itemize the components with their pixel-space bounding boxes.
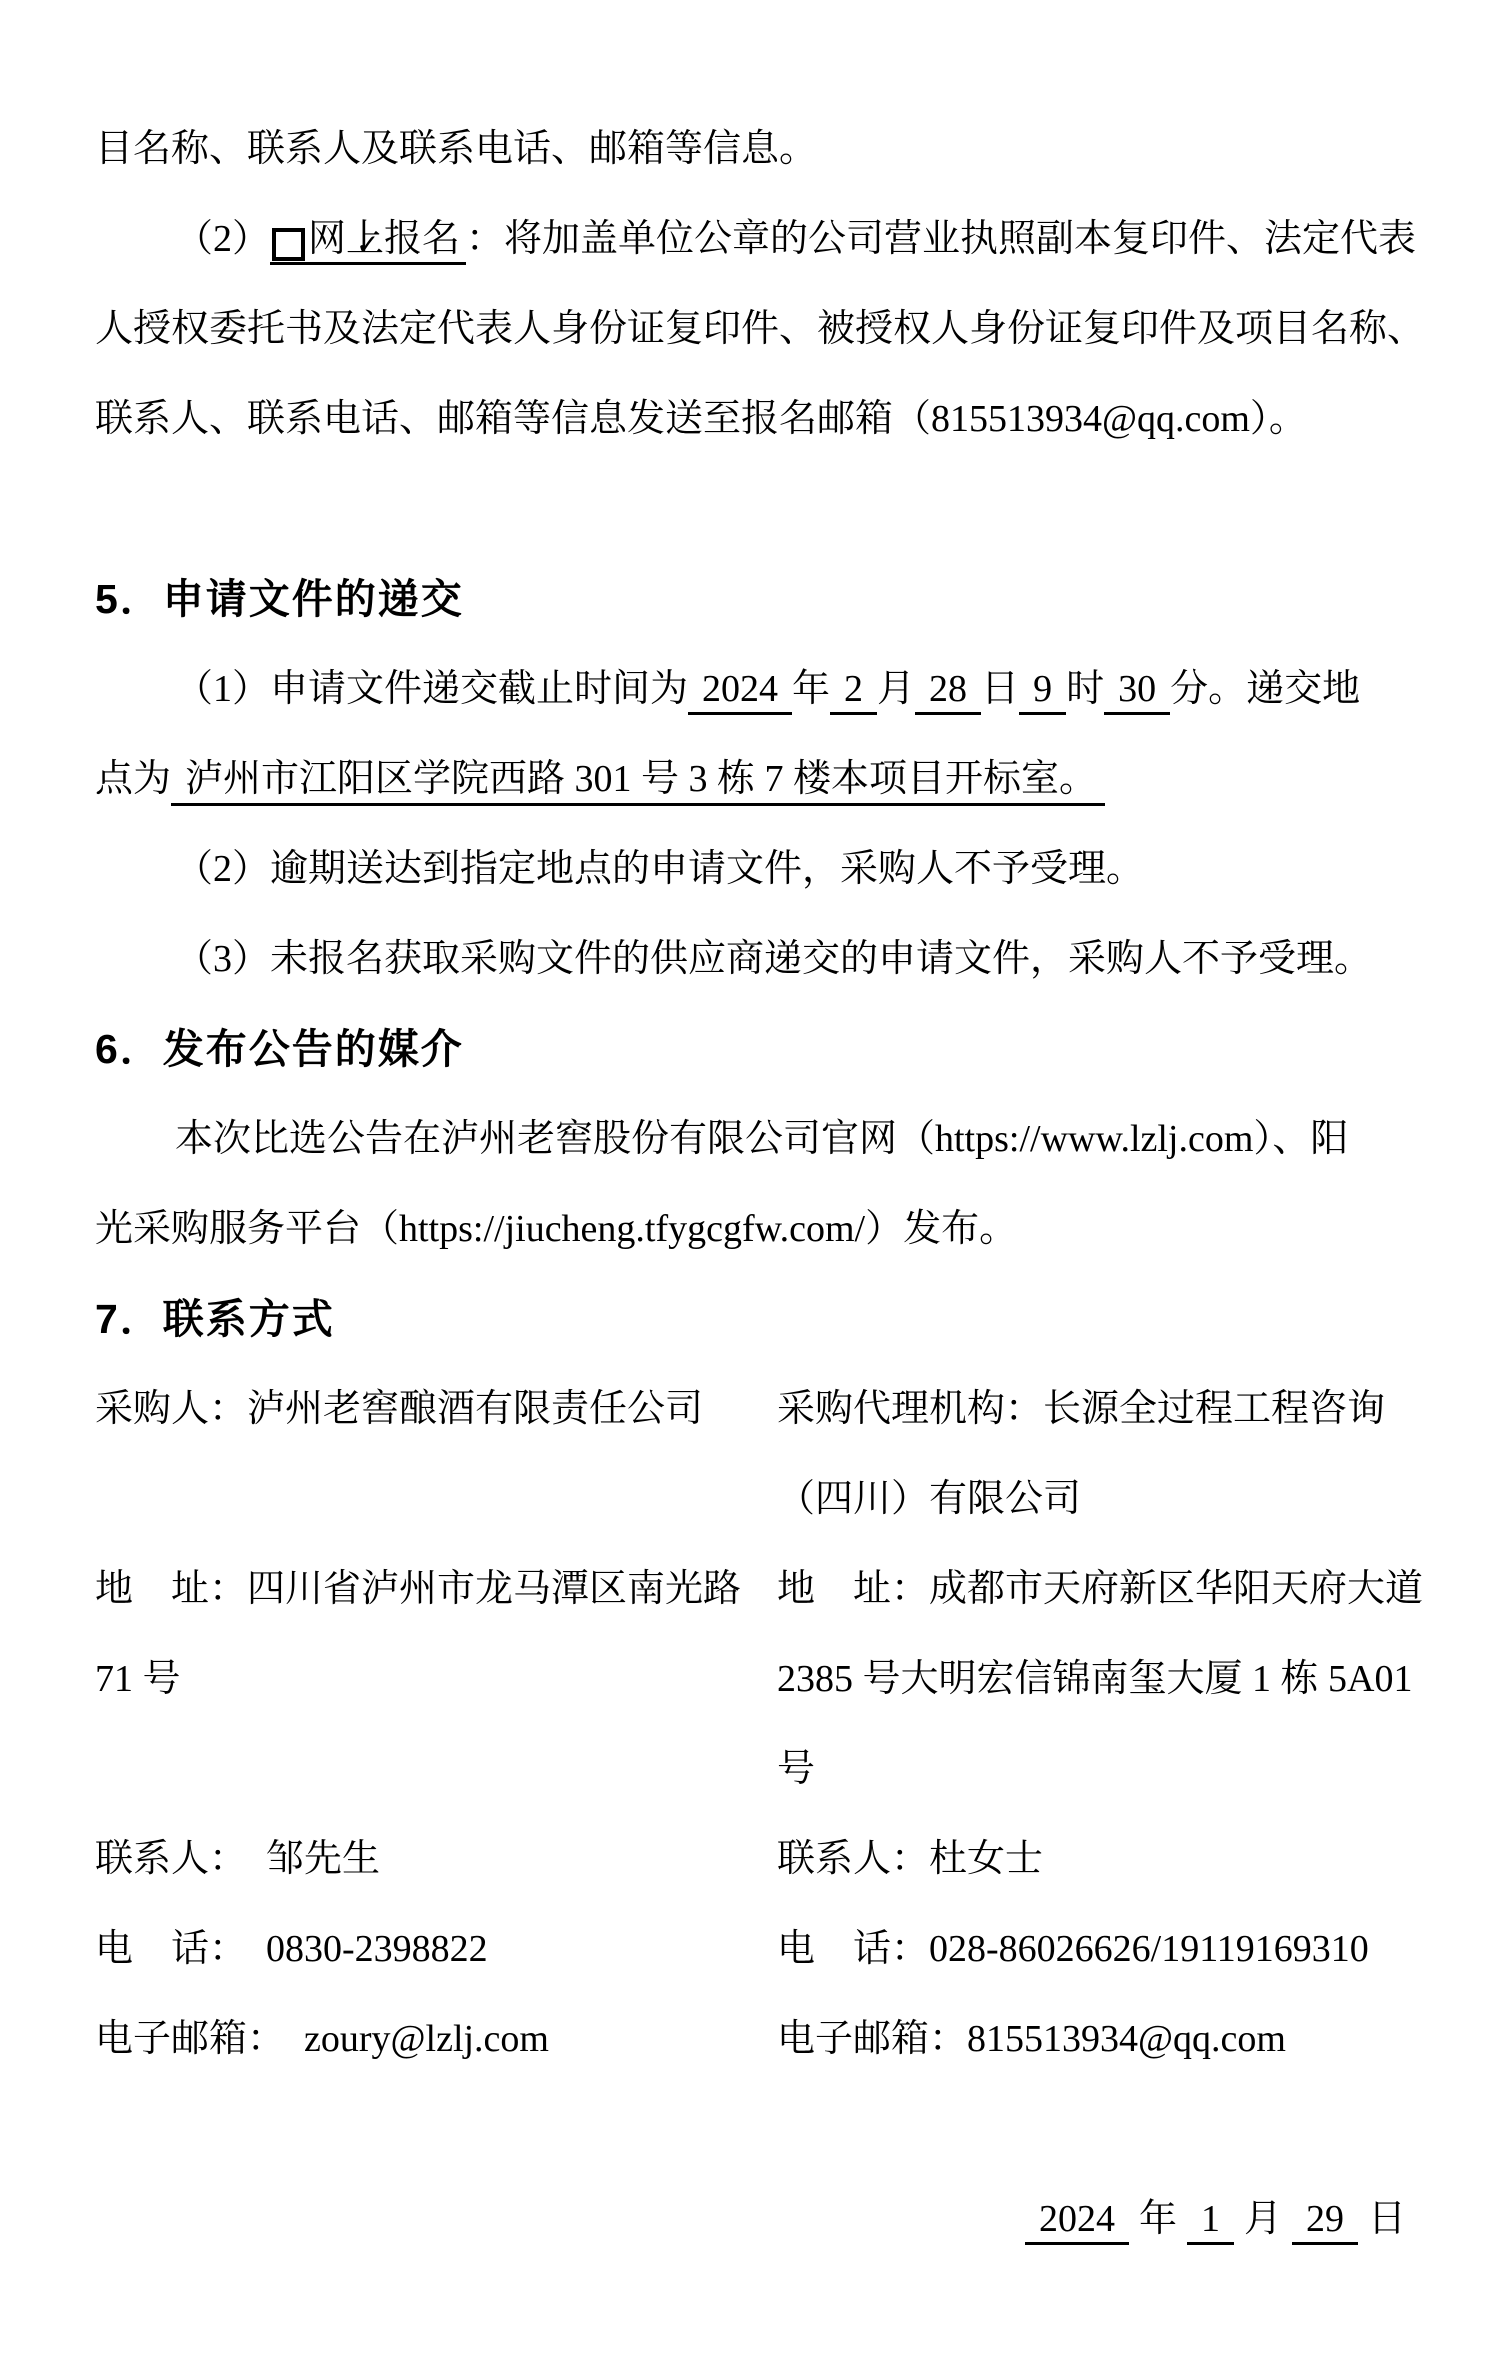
section5-item1-line2: 点为泸州市江阳区学院西路 301 号 3 栋 7 楼本项目开标室。 [95,734,1432,824]
section5-item2: （2）逾期送达到指定地点的申请文件，采购人不予受理。 [95,824,1432,914]
section6-line2: 光采购服务平台（https://jiucheng.tfygcgfw.com/）发… [95,1184,1432,1274]
deadline-hour-unit: 时 [1066,668,1104,710]
agency-contact-person: 联系人：杜女士 [777,1814,1432,1904]
purchaser-contact-person: 联系人： 邹先生 [95,1814,763,1904]
deadline-hour-blank: 9 [1019,668,1066,715]
deadline-prefix: （1）申请文件递交截止时间为 [175,668,688,710]
agency-address-line3: 号 [777,1724,1432,1814]
agency-name-line2: （四川）有限公司 [777,1454,1432,1544]
document-page: 目名称、联系人及联系电话、邮箱等信息。 （2）✓网上报名：将加盖单位公章的公司营… [0,0,1500,2380]
agency-address-line1: 地 址：成都市天府新区华阳天府大道 [777,1544,1432,1634]
deadline-year-unit: 年 [792,668,830,710]
deadline-day-unit: 日 [981,668,1019,710]
footer-date: 2024年1月29日 [95,2174,1432,2264]
footer-date-year-unit: 年 [1139,2198,1177,2240]
deadline-year-blank: 2024 [688,668,792,715]
purchaser-blank-row [95,1724,763,1814]
online-registration-line1-rest: 将加盖单位公章的公司营业执照副本复印件、法定代表 [504,218,1416,260]
footer-date-year-blank: 2024 [1025,2198,1129,2245]
agency-address-line2: 2385 号大明宏信锦南玺大厦 1 栋 5A01 [777,1634,1432,1724]
delivery-place-address-blank: 泸州市江阳区学院西路 301 号 3 栋 7 楼本项目开标室。 [171,758,1105,806]
deadline-month-blank: 2 [830,668,877,715]
deadline-minute-blank: 30 [1104,668,1170,715]
online-registration-underlined-label: ✓网上报名 [270,218,466,265]
purchaser-name: 采购人：泸州老窖酿酒有限责任公司 [95,1364,763,1454]
checked-checkbox-icon: ✓ [272,228,305,261]
section5-heading: 5．申请文件的递交 [95,554,1432,644]
footer-date-month-blank: 1 [1187,2198,1234,2245]
section5-item3: （3）未报名获取采购文件的供应商递交的申请文件，采购人不予受理。 [95,914,1432,1004]
online-registration-line2: 人授权委托书及法定代表人身份证复印件、被授权人身份证复印件及项目名称、 [95,284,1432,374]
footer-date-day-blank: 29 [1292,2198,1358,2245]
deadline-month-unit: 月 [877,668,915,710]
agency-column: 采购代理机构：长源全过程工程咨询 （四川）有限公司 地 址：成都市天府新区华阳天… [777,1364,1432,2084]
intro-continuation-line: 目名称、联系人及联系电话、邮箱等信息。 [95,104,1432,194]
purchaser-column: 采购人：泸州老窖酿酒有限责任公司 地 址：四川省泸州市龙马潭区南光路 71 号 … [95,1364,763,2084]
agency-email: 电子邮箱：815513934@qq.com [777,1994,1432,2084]
purchaser-email: 电子邮箱： zoury@lzlj.com [95,1994,763,2084]
contact-table: 采购人：泸州老窖酿酒有限责任公司 地 址：四川省泸州市龙马潭区南光路 71 号 … [95,1364,1432,2084]
section5-item1-line1: （1）申请文件递交截止时间为2024年2月28日9时30分。递交地 [95,644,1432,734]
agency-name-line1: 采购代理机构：长源全过程工程咨询 [777,1364,1432,1454]
section6-heading: 6．发布公告的媒介 [95,1004,1432,1094]
footer-date-month-unit: 月 [1244,2198,1282,2240]
purchaser-blank-row [95,1454,763,1544]
online-registration-label: 网上报名 [308,218,460,260]
online-registration-colon: ： [466,218,504,260]
purchaser-address-line1: 地 址：四川省泸州市龙马潭区南光路 [95,1544,763,1634]
agency-phone: 电 话：028-86026626/19119169310 [777,1904,1432,1994]
deadline-day-blank: 28 [915,668,981,715]
online-registration-line1: （2）✓网上报名：将加盖单位公章的公司营业执照副本复印件、法定代表 [95,194,1432,284]
delivery-place-prefix: 点为 [95,758,171,800]
purchaser-address-line2: 71 号 [95,1634,763,1724]
section6-line1: 本次比选公告在泸州老窖股份有限公司官网（https://www.lzlj.com… [95,1094,1432,1184]
online-registration-line3: 联系人、联系电话、邮箱等信息发送至报名邮箱（815513934@qq.com）。 [95,374,1432,464]
footer-date-day-unit: 日 [1368,2198,1406,2240]
deadline-line1-tail: 分。递交地 [1170,668,1360,710]
section7-heading: 7．联系方式 [95,1274,1432,1364]
purchaser-phone: 电 话： 0830-2398822 [95,1904,763,1994]
online-registration-prefix: （2） [175,218,270,260]
